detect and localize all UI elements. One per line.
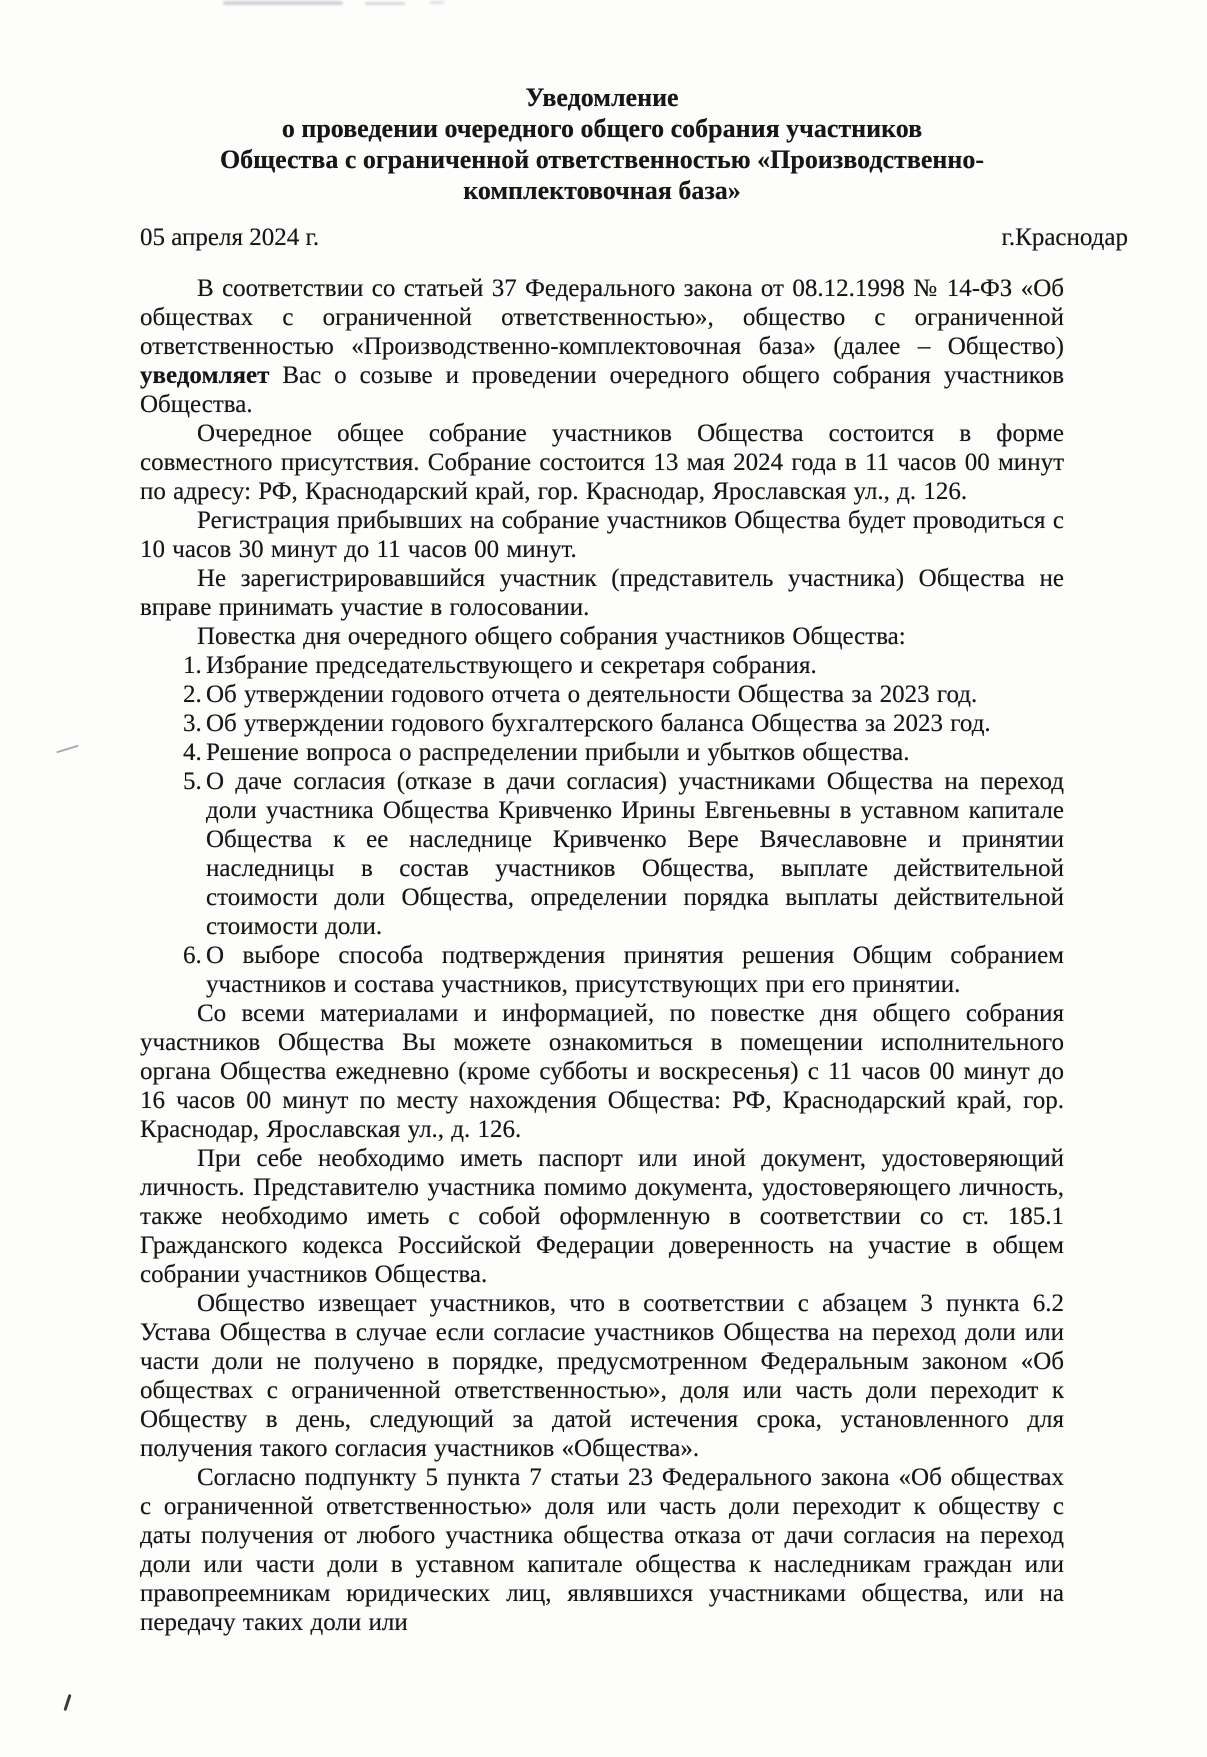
document-title: Уведомление о проведении очередного обще… — [140, 82, 1064, 206]
agenda-item-4-number: 4. — [183, 738, 202, 767]
intro-text-after: Вас о созыве и проведении очередного общ… — [140, 362, 1064, 418]
agenda-item-4-text: Решение вопроса о распределении прибыли … — [206, 739, 909, 766]
agenda-item-5-text: О даче согласия (отказе в дачи согласия)… — [206, 768, 1064, 940]
agenda-item-2: 2.Об утверждении годового отчета о деяте… — [140, 680, 1064, 709]
title-line-3: Общества с ограниченной ответственностью… — [140, 144, 1064, 206]
paragraph-not-registered: Не зарегистрировавшийся участник (предст… — [140, 564, 1064, 622]
agenda-item-4: 4.Решение вопроса о распределении прибыл… — [140, 738, 1064, 767]
intro-text-bold: уведомляет — [140, 362, 269, 389]
document-body: В соответствии со статьей 37 Федеральног… — [140, 274, 1064, 1637]
agenda-item-3: 3.Об утверждении годового бухгалтерского… — [140, 709, 1064, 738]
title-line-2: о проведении очередного общего собрания … — [140, 113, 1064, 144]
intro-paragraph: В соответствии со статьей 37 Федеральног… — [140, 274, 1064, 419]
agenda-item-1-text: Избрание председательствующего и секрета… — [206, 652, 817, 679]
paragraph-law-clause: Согласно подпункту 5 пункта 7 статьи 23 … — [140, 1463, 1064, 1637]
agenda-item-5-number: 5. — [183, 767, 202, 796]
paragraph-materials: Со всеми материалами и информацией, по п… — [140, 999, 1064, 1144]
scan-artifact-top-smudge — [365, 2, 405, 5]
scan-artifact-top-smudge — [430, 1, 444, 4]
dateline: 05 апреля 2024 г. г.Краснодар — [140, 223, 1128, 252]
title-line-1: Уведомление — [140, 82, 1064, 113]
agenda-item-6-text: О выборе способа подтверждения принятия … — [206, 942, 1064, 998]
paragraph-passport: При себе необходимо иметь паспорт или ин… — [140, 1144, 1064, 1289]
agenda-list: 1.Избрание председательствующего и секре… — [140, 651, 1064, 999]
paragraph-charter-notice: Общество извещает участников, что в соот… — [140, 1289, 1064, 1463]
agenda-item-2-text: Об утверждении годового отчета о деятель… — [206, 681, 977, 708]
scanned-document-page: Уведомление о проведении очередного обще… — [0, 0, 1207, 1757]
agenda-item-1-number: 1. — [183, 651, 202, 680]
agenda-heading: Повестка дня очередного общего собрания … — [140, 622, 1064, 651]
agenda-item-1: 1.Избрание председательствующего и секре… — [140, 651, 1064, 680]
agenda-item-6-number: 6. — [183, 941, 202, 970]
agenda-item-3-number: 3. — [183, 709, 202, 738]
intro-text-before: В соответствии со статьей 37 Федеральног… — [140, 275, 1064, 360]
paragraph-registration: Регистрация прибывших на собрание участн… — [140, 506, 1064, 564]
paragraph-meeting-form: Очередное общее собрание участников Обще… — [140, 419, 1064, 506]
agenda-item-6: 6.О выборе способа подтверждения приняти… — [140, 941, 1064, 999]
scan-artifact-top-smudge — [223, 1, 343, 5]
agenda-item-2-number: 2. — [183, 680, 202, 709]
agenda-item-3-text: Об утверждении годового бухгалтерского б… — [206, 710, 991, 737]
pen-tick-artifact — [63, 1694, 71, 1711]
document-place: г.Краснодар — [1001, 223, 1128, 252]
document-date: 05 апреля 2024 г. — [140, 223, 319, 252]
document-content: Уведомление о проведении очередного обще… — [0, 0, 1207, 1637]
agenda-item-5: 5.О даче согласия (отказе в дачи согласи… — [140, 767, 1064, 941]
